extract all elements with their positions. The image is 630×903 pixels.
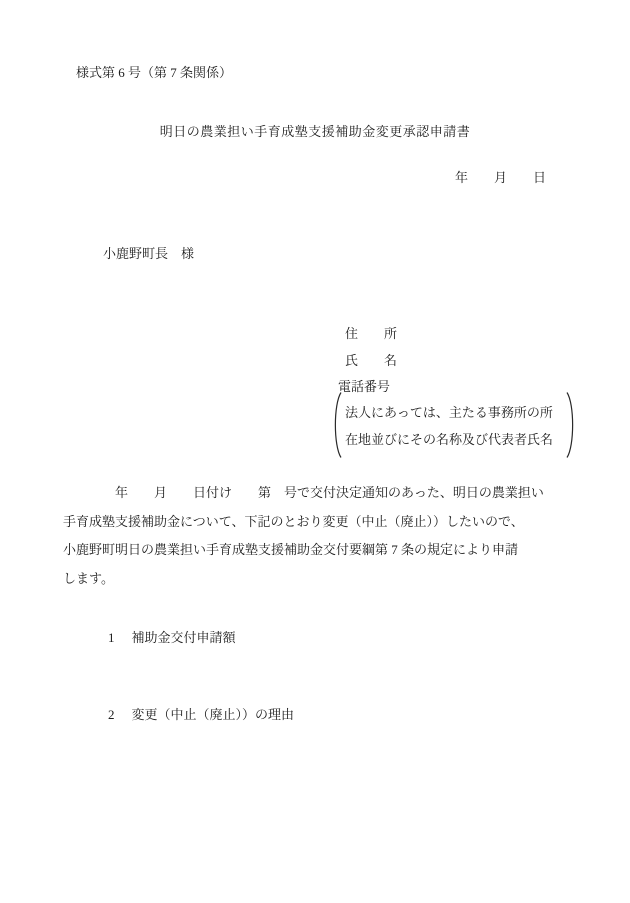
address-label: 住 所 xyxy=(345,323,397,342)
application-body-paragraph: 年 月 日付け 第 号で交付決定通知のあった、明日の農業担い 手育成塾支援補助金… xyxy=(63,479,583,593)
phone-number-label: 電話番号 xyxy=(338,376,390,395)
body-line: 小鹿野町明日の農業担い手育成塾支援補助金交付要綱第 7 条の規定により申請 xyxy=(63,536,583,565)
item-number: 2 xyxy=(108,707,115,722)
body-line: します。 xyxy=(63,565,583,594)
item-label: 補助金交付申請額 xyxy=(132,630,236,645)
item-label: 変更（中止（廃止））の理由 xyxy=(132,707,295,722)
numbered-item-subsidy-amount: 1補助金交付申請額 xyxy=(95,611,236,662)
name-label: 氏 名 xyxy=(345,350,397,369)
left-parenthesis-icon xyxy=(330,391,342,459)
corporate-note-line2: 在地並びにその名称及び代表者氏名 xyxy=(345,429,553,448)
right-parenthesis-icon xyxy=(566,391,578,459)
form-number: 様式第 6 号（第 7 条関係） xyxy=(76,62,232,81)
body-line: 手育成塾支援補助金について、下記のとおり変更（中止（廃止））したいので、 xyxy=(63,508,583,537)
numbered-item-change-reason: 2変更（中止（廃止））の理由 xyxy=(95,688,294,739)
applicant-info-block: 住 所 氏 名 電話番号 法人にあっては、主たる事務所の所 在地並びにその名称及… xyxy=(330,323,580,463)
corporate-note-line1: 法人にあっては、主たる事務所の所 xyxy=(345,402,553,421)
date-fill-in-line: 年 月 日 xyxy=(455,167,546,186)
body-line: 年 月 日付け 第 号で交付決定通知のあった、明日の農業担い xyxy=(63,479,583,508)
page-title: 明日の農業担い手育成塾支援補助金変更承認申請書 xyxy=(0,121,630,140)
item-number: 1 xyxy=(108,630,115,645)
document-page: 様式第 6 号（第 7 条関係） 明日の農業担い手育成塾支援補助金変更承認申請書… xyxy=(0,0,630,903)
addressee-line: 小鹿野町長 様 xyxy=(103,243,194,262)
